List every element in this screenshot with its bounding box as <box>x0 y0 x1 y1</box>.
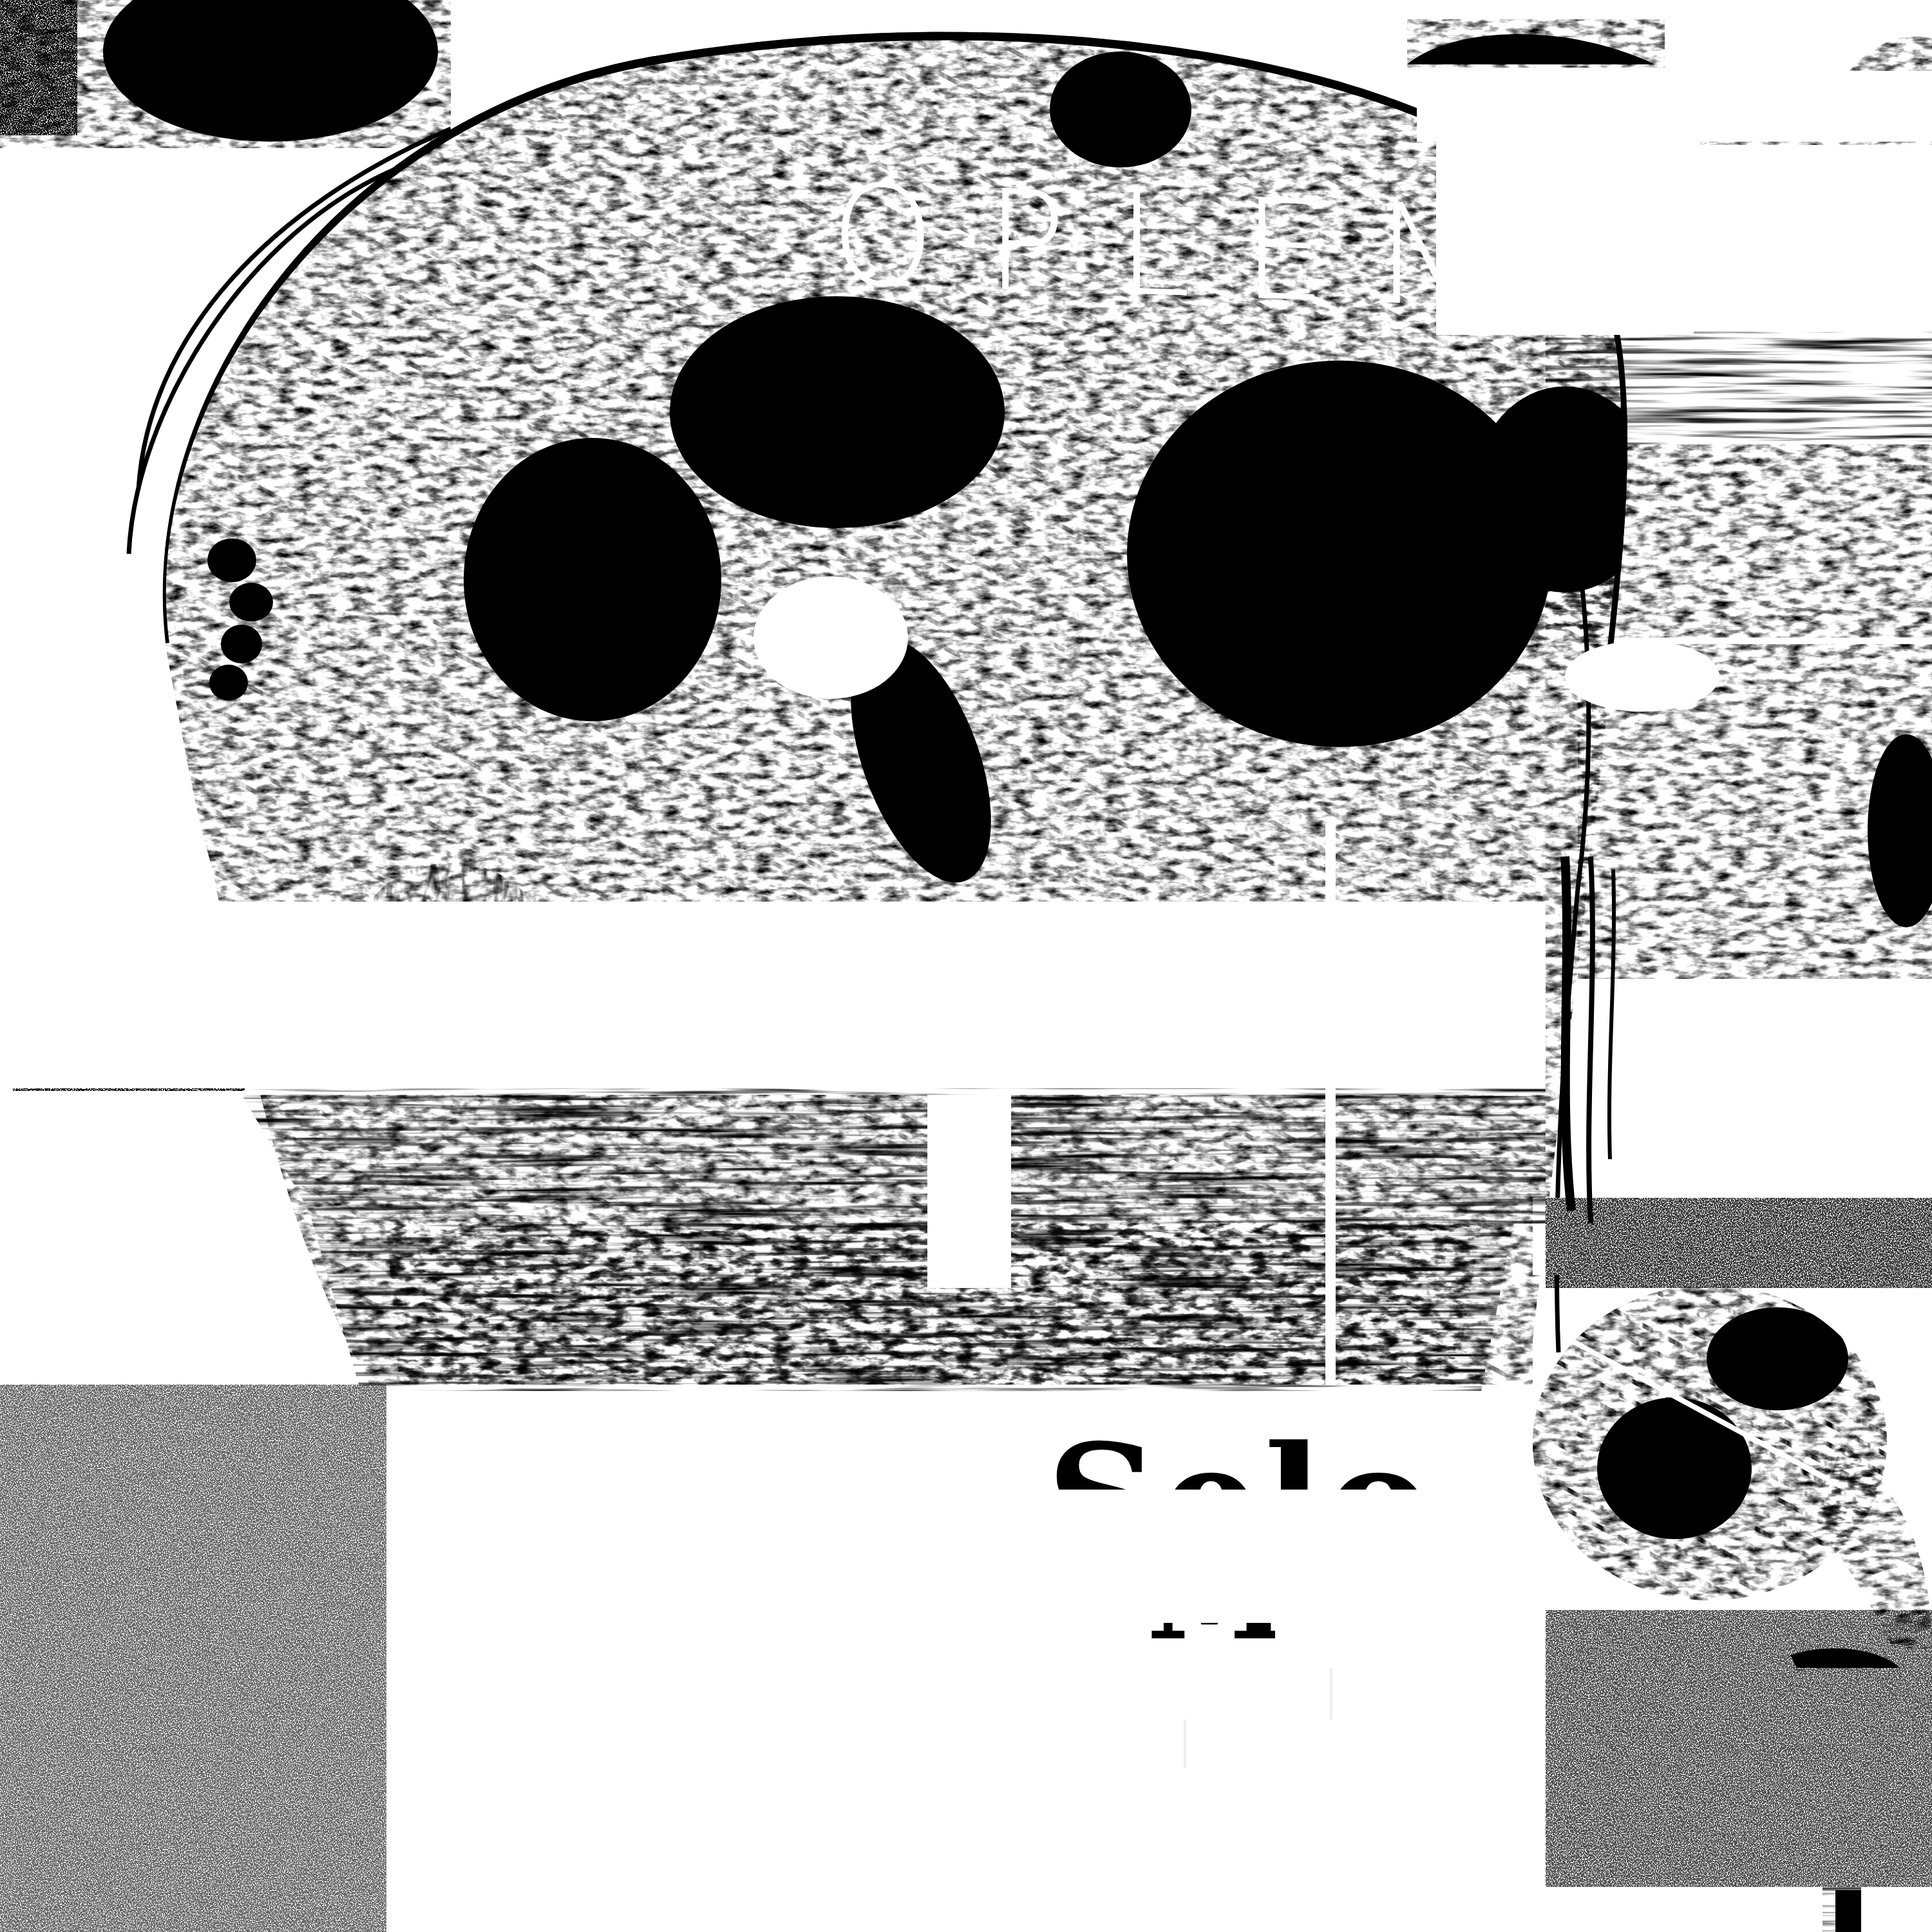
speckle-dust <box>0 1385 386 1932</box>
serif-text-fragment-1: Selobe <box>1046 1439 1433 1490</box>
serif-letter-fragment: M <box>1146 1623 1275 1650</box>
serif-text-fragment: Selobe <box>1046 1439 1433 1490</box>
faint-rule <box>1330 1668 1332 1719</box>
artwork-canvas: OPLEN Selobe M <box>0 0 1932 1932</box>
artwork-title: OPLEN <box>831 158 1539 338</box>
top-left-texture <box>0 0 451 148</box>
faint-rule <box>1184 1719 1186 1768</box>
serif-text-fragment-2: M <box>1146 1623 1275 1650</box>
